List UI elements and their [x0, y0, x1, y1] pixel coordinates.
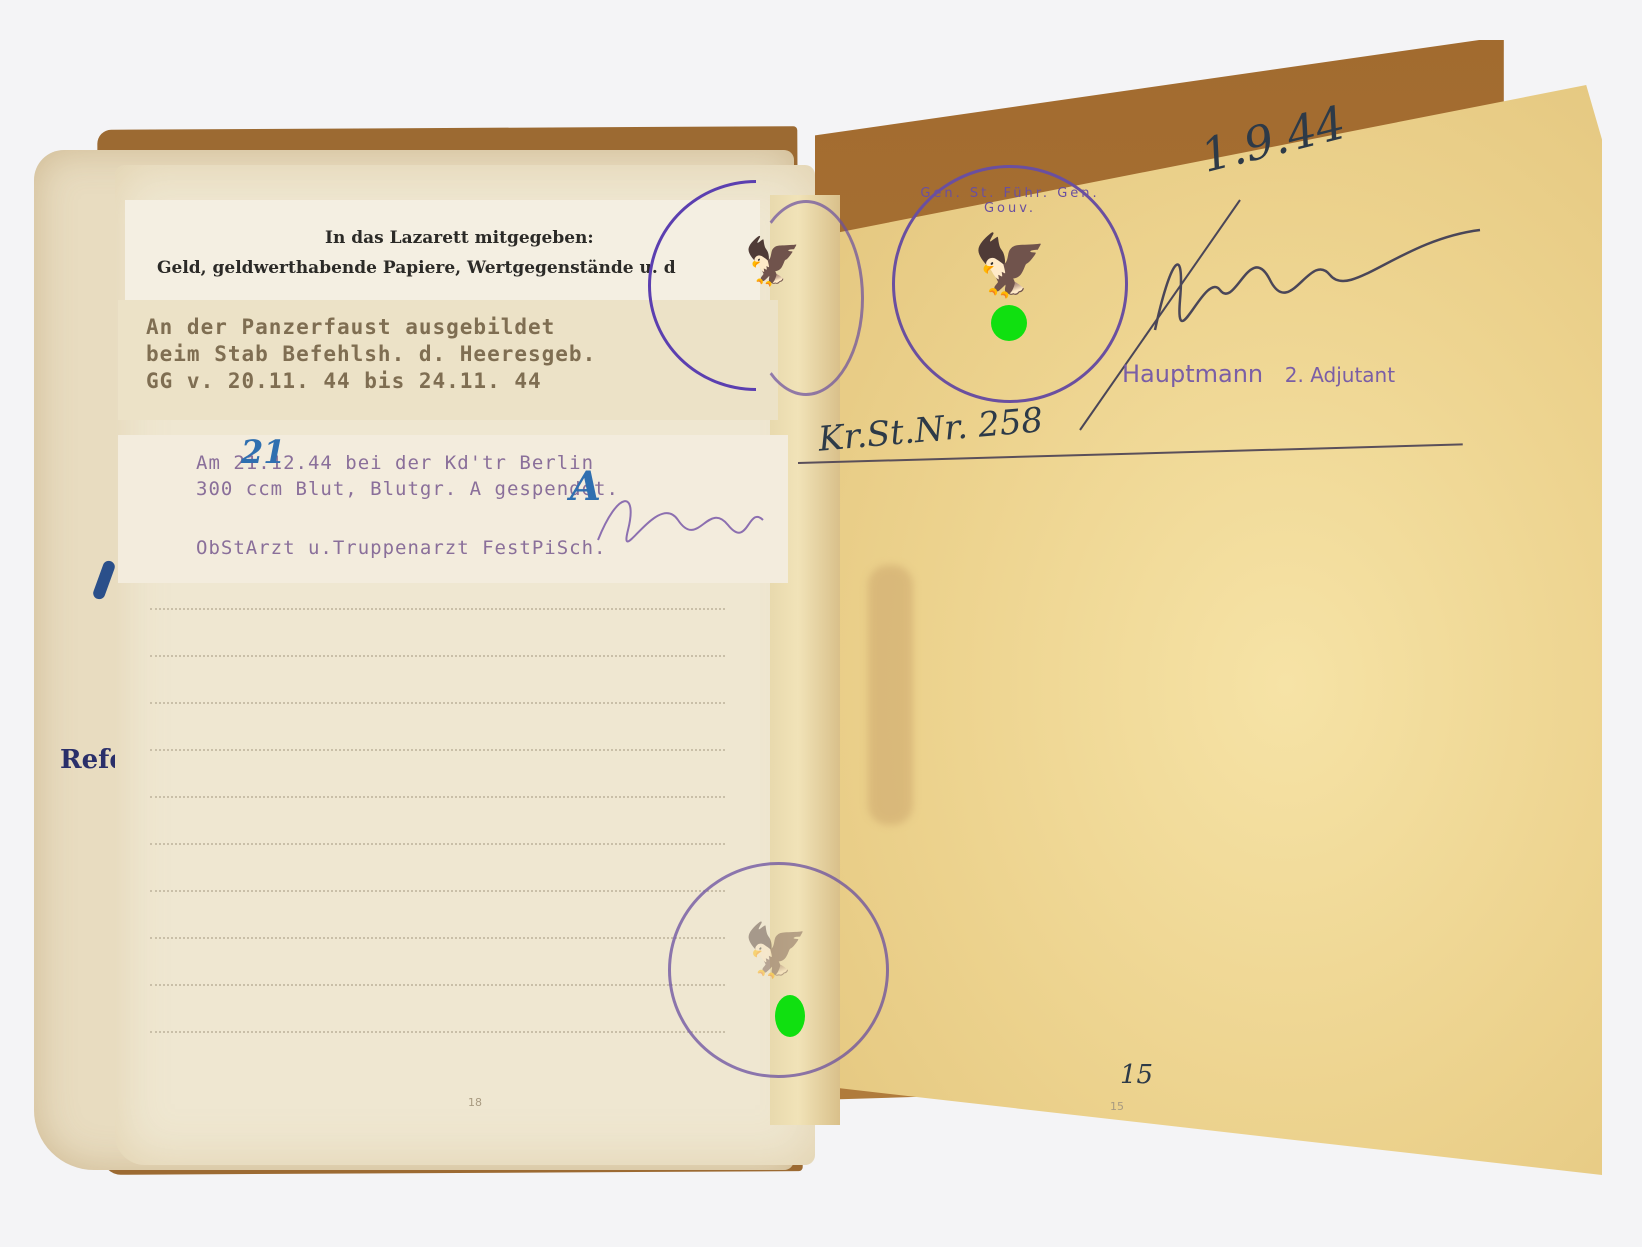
typed-slip-blood-donation: Am 21.12.44 bei der Kd'tr Berlin 300 ccm…: [118, 435, 788, 583]
typed-line: beim Stab Befehlsh. d. Heeresgeb.: [146, 341, 596, 368]
stain: [868, 565, 913, 825]
signature-scribble: [588, 480, 768, 550]
handwritten-day: 21: [241, 433, 286, 471]
highlight-marker: [991, 305, 1027, 341]
signature-block: ObStArzt u.Truppenarzt FestPiSch.: [196, 537, 607, 559]
officer-signature: [1070, 180, 1490, 440]
printed-subheading: Geld, geldwerthabende Papiere, Wertgegen…: [157, 258, 676, 278]
handwritten-page-number: 15: [1120, 1060, 1153, 1090]
eagle-emblem-icon: 🦅: [950, 236, 1070, 296]
official-stamp-faded: 🦅: [668, 862, 889, 1078]
stamped-title: 2. Adjutant: [1285, 363, 1395, 387]
eagle-emblem-icon: 🦅: [726, 925, 826, 977]
stamped-rank: Hauptmann: [1122, 360, 1263, 388]
highlight-marker: [775, 995, 805, 1037]
printed-page-number: 18: [468, 1096, 482, 1109]
printed-heading: In das Lazarett mitgegeben:: [325, 228, 594, 248]
typed-line: An der Panzerfaust ausgebildet: [146, 314, 596, 341]
typed-line: 300 ccm Blut, Blutgr. A gespendet.: [196, 476, 619, 502]
printed-page-number: 15: [1110, 1100, 1124, 1113]
typed-line: GG v. 20.11. 44 bis 24.11. 44: [146, 368, 596, 395]
stamp-partial-right: [748, 200, 864, 396]
